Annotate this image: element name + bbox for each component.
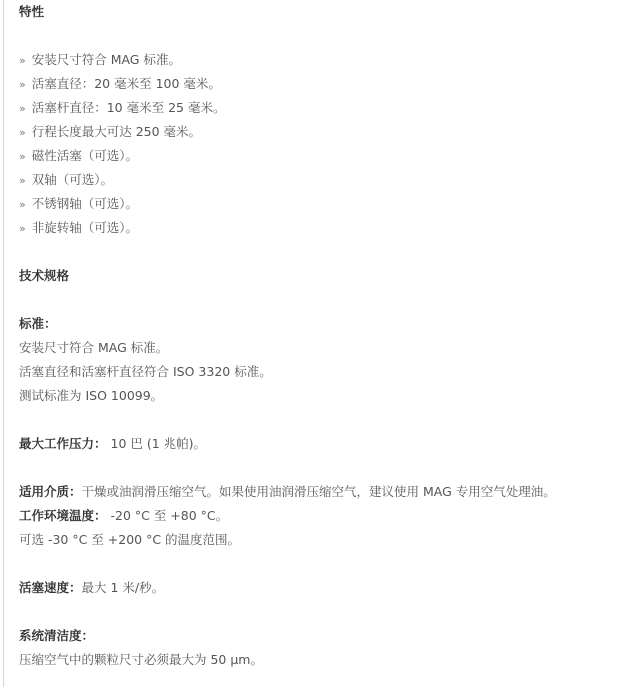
bullet-icon: » [19,102,26,115]
feature-label: 活塞直径：20 毫米至 100 毫米。 [32,76,221,91]
feature-item: » 安装尺寸符合 MAG 标准。 [19,48,634,72]
feature-item: » 不锈钢轴（可选）。 [19,192,634,216]
max-pressure-row: 最大工作压力： 10 巴 (1 兆帕)。 [19,432,634,456]
max-pressure-label: 最大工作压力： [19,436,107,451]
bullet-icon: » [19,78,26,91]
feature-item: » 活塞杆直径：10 毫米至 25 毫米。 [19,96,634,120]
content-panel: 特性 » 安装尺寸符合 MAG 标准。 » 活塞直径：20 毫米至 100 毫米… [3,0,641,687]
feature-label: 双轴（可选）。 [32,172,113,187]
spacer [19,240,634,264]
feature-label: 行程长度最大可达 250 毫米。 [32,124,201,139]
max-pressure-value: 10 巴 (1 兆帕)。 [107,436,207,451]
cleanliness-label: 系统清洁度： [19,624,634,648]
feature-label: 不锈钢轴（可选）。 [32,196,138,211]
feature-label: 安装尺寸符合 MAG 标准。 [32,52,181,67]
feature-item: » 活塞直径：20 毫米至 100 毫米。 [19,72,634,96]
feature-item: » 非旋转轴（可选）。 [19,216,634,240]
bullet-icon: » [19,126,26,139]
standard-line: 活塞直径和活塞杆直径符合 ISO 3320 标准。 [19,360,634,384]
spacer [19,288,634,312]
temperature-value: -20 °C 至 +80 °C。 [107,508,229,523]
feature-label: 非旋转轴（可选）。 [32,220,138,235]
standard-line: 安装尺寸符合 MAG 标准。 [19,336,634,360]
medium-value: 干燥或油润滑压缩空气。如果使用油润滑压缩空气，建议使用 MAG 专用空气处理油。 [82,484,556,499]
feature-label: 活塞杆直径：10 毫米至 25 毫米。 [32,100,226,115]
specs-heading: 技术规格 [19,264,634,288]
feature-item: » 双轴（可选）。 [19,168,634,192]
feature-item: » 磁性活塞（可选）。 [19,144,634,168]
features-heading: 特性 [19,0,634,24]
temperature-row: 工作环境温度： -20 °C 至 +80 °C。 [19,504,634,528]
bullet-icon: » [19,198,26,211]
spacer [19,408,634,432]
spacer [19,24,634,48]
bullet-icon: » [19,150,26,163]
feature-item: » 行程长度最大可达 250 毫米。 [19,120,634,144]
medium-label: 适用介质： [19,484,82,499]
spacer [19,456,634,480]
temperature-label: 工作环境温度： [19,508,107,523]
bullet-icon: » [19,54,26,67]
feature-label: 磁性活塞（可选）。 [32,148,138,163]
medium-row: 适用介质：干燥或油润滑压缩空气。如果使用油润滑压缩空气，建议使用 MAG 专用空… [19,480,634,504]
standard-label: 标准： [19,312,634,336]
piston-speed-value: 最大 1 米/秒。 [82,580,165,595]
bullet-icon: » [19,174,26,187]
standard-line: 测试标准为 ISO 10099。 [19,384,634,408]
bullet-icon: » [19,222,26,235]
product-description: 特性 » 安装尺寸符合 MAG 标准。 » 活塞直径：20 毫米至 100 毫米… [19,0,634,672]
piston-speed-row: 活塞速度：最大 1 米/秒。 [19,576,634,600]
spacer [19,600,634,624]
spacer [19,552,634,576]
piston-speed-label: 活塞速度： [19,580,82,595]
cleanliness-value: 压缩空气中的颗粒尺寸必须最大为 50 μm。 [19,648,634,672]
temperature-optional: 可选 -30 °C 至 +200 °C 的温度范围。 [19,528,634,552]
